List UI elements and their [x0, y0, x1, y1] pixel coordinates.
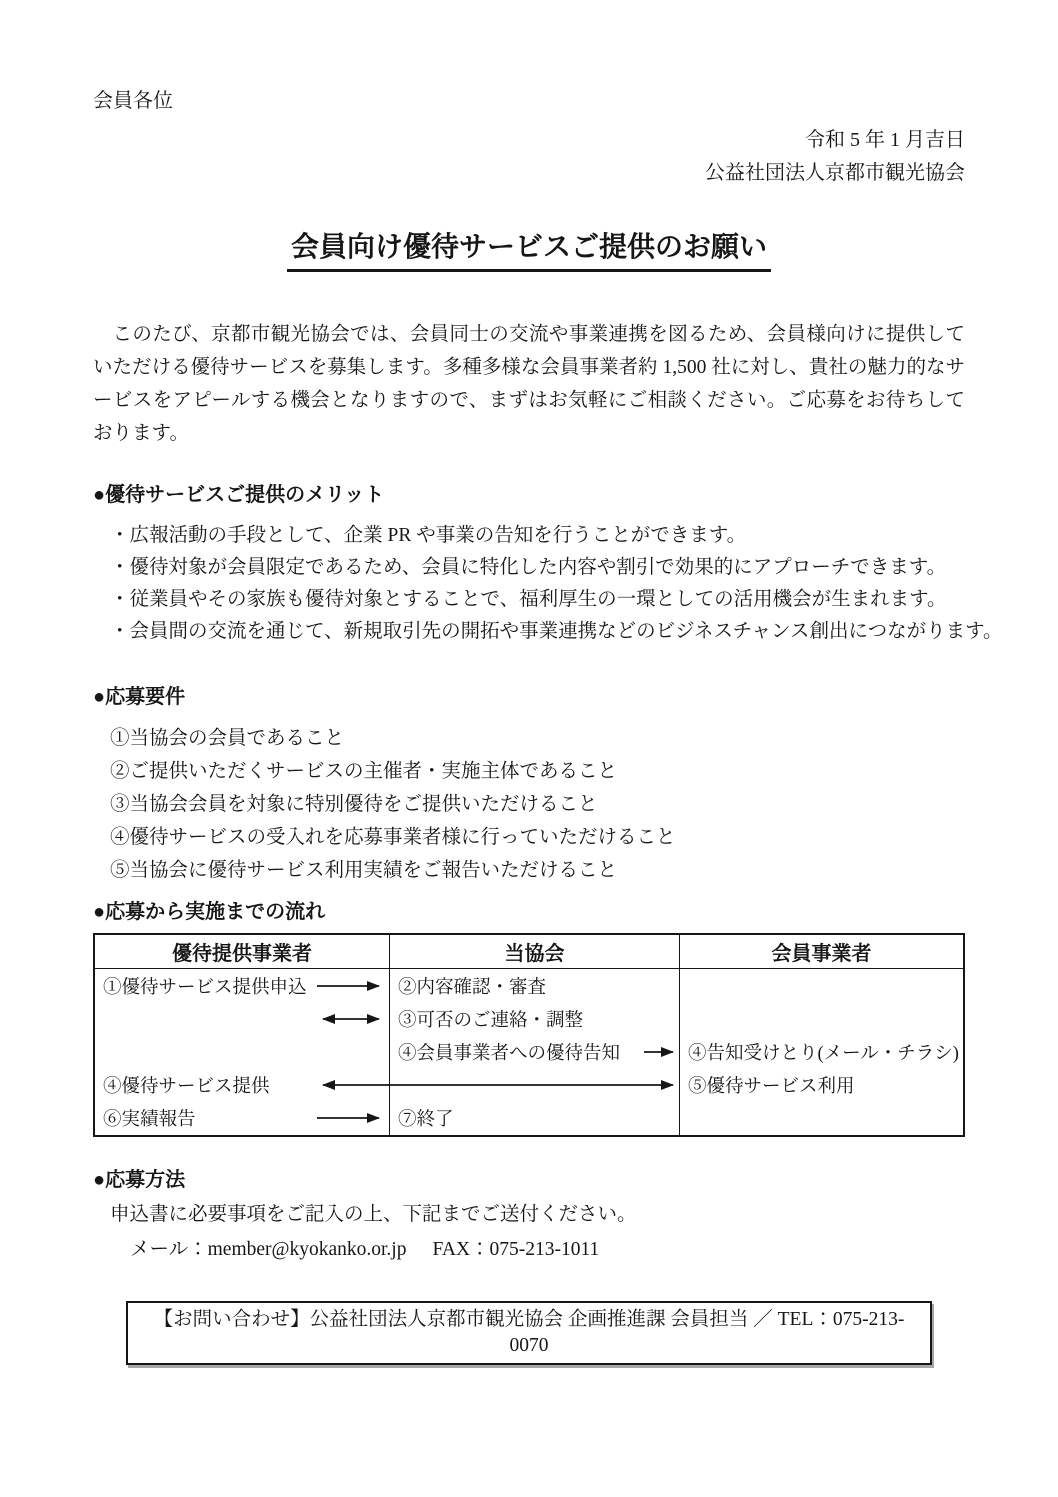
- flow-cell: ④優待サービス提供: [95, 1069, 389, 1102]
- list-item: ・優待対象が会員限定であるため、会員に特化した内容や割引で効果的にアプローチでき…: [110, 552, 965, 584]
- merits-heading: ●優待サービスご提供のメリット: [93, 482, 965, 508]
- flow-column-provider: ①優待サービス提供申込 ④優待サービス提供 ⑥実績報告: [95, 969, 390, 1135]
- date-line: 令和 5 年 1 月吉日: [93, 124, 965, 157]
- list-item: ①当協会の会員であること: [110, 722, 965, 755]
- application-heading: ●応募方法: [93, 1167, 965, 1193]
- flow-cell: ④会員事業者への優待告知: [390, 1035, 679, 1068]
- flow-table: 優待提供事業者 当協会 会員事業者 ①優待サービス提供申込 ④優待サービス提供 …: [93, 933, 965, 1137]
- title-wrap: 会員向け優待サービスご提供のお願い: [93, 230, 965, 272]
- contact-box: 【お問い合わせ】公益社団法人京都市観光協会 企画推進課 会員担当 ／ TEL：0…: [126, 1301, 932, 1365]
- intro-paragraph: このたび、京都市観光協会では、会員同士の交流や事業連携を図るため、会員様向けに提…: [93, 318, 965, 450]
- requirements-heading: ●応募要件: [93, 684, 965, 710]
- merits-list: ・広報活動の手段として、企業 PR や事業の告知を行うことができます。 ・優待対…: [93, 520, 965, 648]
- flow-cell: ④告知受けとり(メール・チラシ): [680, 1035, 963, 1068]
- document-content: 会員各位 令和 5 年 1 月吉日 公益社団法人京都市観光協会 会員向け優待サー…: [0, 0, 1058, 1365]
- issuer-line: 公益社団法人京都市観光協会: [93, 157, 965, 190]
- flow-cell: [390, 1069, 679, 1102]
- list-item: ・会員間の交流を通じて、新規取引先の開拓や事業連携などのビジネスチャンス創出につ…: [110, 616, 965, 648]
- page-title: 会員向け優待サービスご提供のお願い: [287, 230, 771, 272]
- flow-cell: ⑥実績報告: [95, 1102, 389, 1135]
- flow-header-provider: 優待提供事業者: [95, 935, 390, 969]
- email-label: メール：: [130, 1239, 208, 1260]
- application-instruction: 申込書に必要事項をご記入の上、下記までご送付ください。: [93, 1199, 965, 1230]
- flow-cell: ③可否のご連絡・調整: [390, 1002, 679, 1035]
- flow-cell: ⑤優待サービス利用: [680, 1069, 963, 1102]
- fax-value: 075-213-1011: [490, 1239, 600, 1260]
- list-item: ④優待サービスの受入れを応募事業者様に行っていただけること: [110, 821, 965, 854]
- email-value: member@kyokanko.or.jp: [208, 1239, 407, 1260]
- recipient-line: 会員各位: [93, 0, 965, 114]
- flow-header-member: 会員事業者: [680, 935, 963, 969]
- list-item: ③当協会会員を対象に特別優待をご提供いただけること: [110, 788, 965, 821]
- list-item: ・従業員やその家族も優待対象とすることで、福利厚生の一環としての活用機会が生まれ…: [110, 584, 965, 616]
- flow-cell: ①優待サービス提供申込: [95, 969, 389, 1002]
- application-contacts: メール：member@kyokanko.or.jpFAX：075-213-101…: [93, 1234, 965, 1265]
- flow-heading: ●応募から実施までの流れ: [93, 899, 965, 925]
- list-item: ⑤当協会に優待サービス利用実績をご報告いただけること: [110, 854, 965, 887]
- flow-cell: ②内容確認・審査: [390, 969, 679, 1002]
- list-item: ②ご提供いただくサービスの主催者・実施主体であること: [110, 755, 965, 788]
- requirements-list: ①当協会の会員であること ②ご提供いただくサービスの主催者・実施主体であること …: [93, 722, 965, 887]
- flow-cell: [95, 1035, 389, 1068]
- flow-cell: [95, 1002, 389, 1035]
- flow-cell: [680, 1102, 963, 1135]
- document-page: 会員各位 令和 5 年 1 月吉日 公益社団法人京都市観光協会 会員向け優待サー…: [0, 0, 1058, 1497]
- flow-cell: [680, 969, 963, 1002]
- fax-label: FAX：: [432, 1239, 489, 1260]
- flow-column-member: ④告知受けとり(メール・チラシ) ⑤優待サービス利用: [680, 969, 963, 1135]
- flow-column-association: ②内容確認・審査 ③可否のご連絡・調整 ④会員事業者への優待告知 ⑦終了: [390, 969, 680, 1135]
- flow-cell: [680, 1002, 963, 1035]
- date-block: 令和 5 年 1 月吉日 公益社団法人京都市観光協会: [93, 124, 965, 190]
- list-item: ・広報活動の手段として、企業 PR や事業の告知を行うことができます。: [110, 520, 965, 552]
- flow-grid: 優待提供事業者 当協会 会員事業者 ①優待サービス提供申込 ④優待サービス提供 …: [95, 935, 963, 1135]
- flow-cell: ⑦終了: [390, 1102, 679, 1135]
- flow-header-association: 当協会: [390, 935, 680, 969]
